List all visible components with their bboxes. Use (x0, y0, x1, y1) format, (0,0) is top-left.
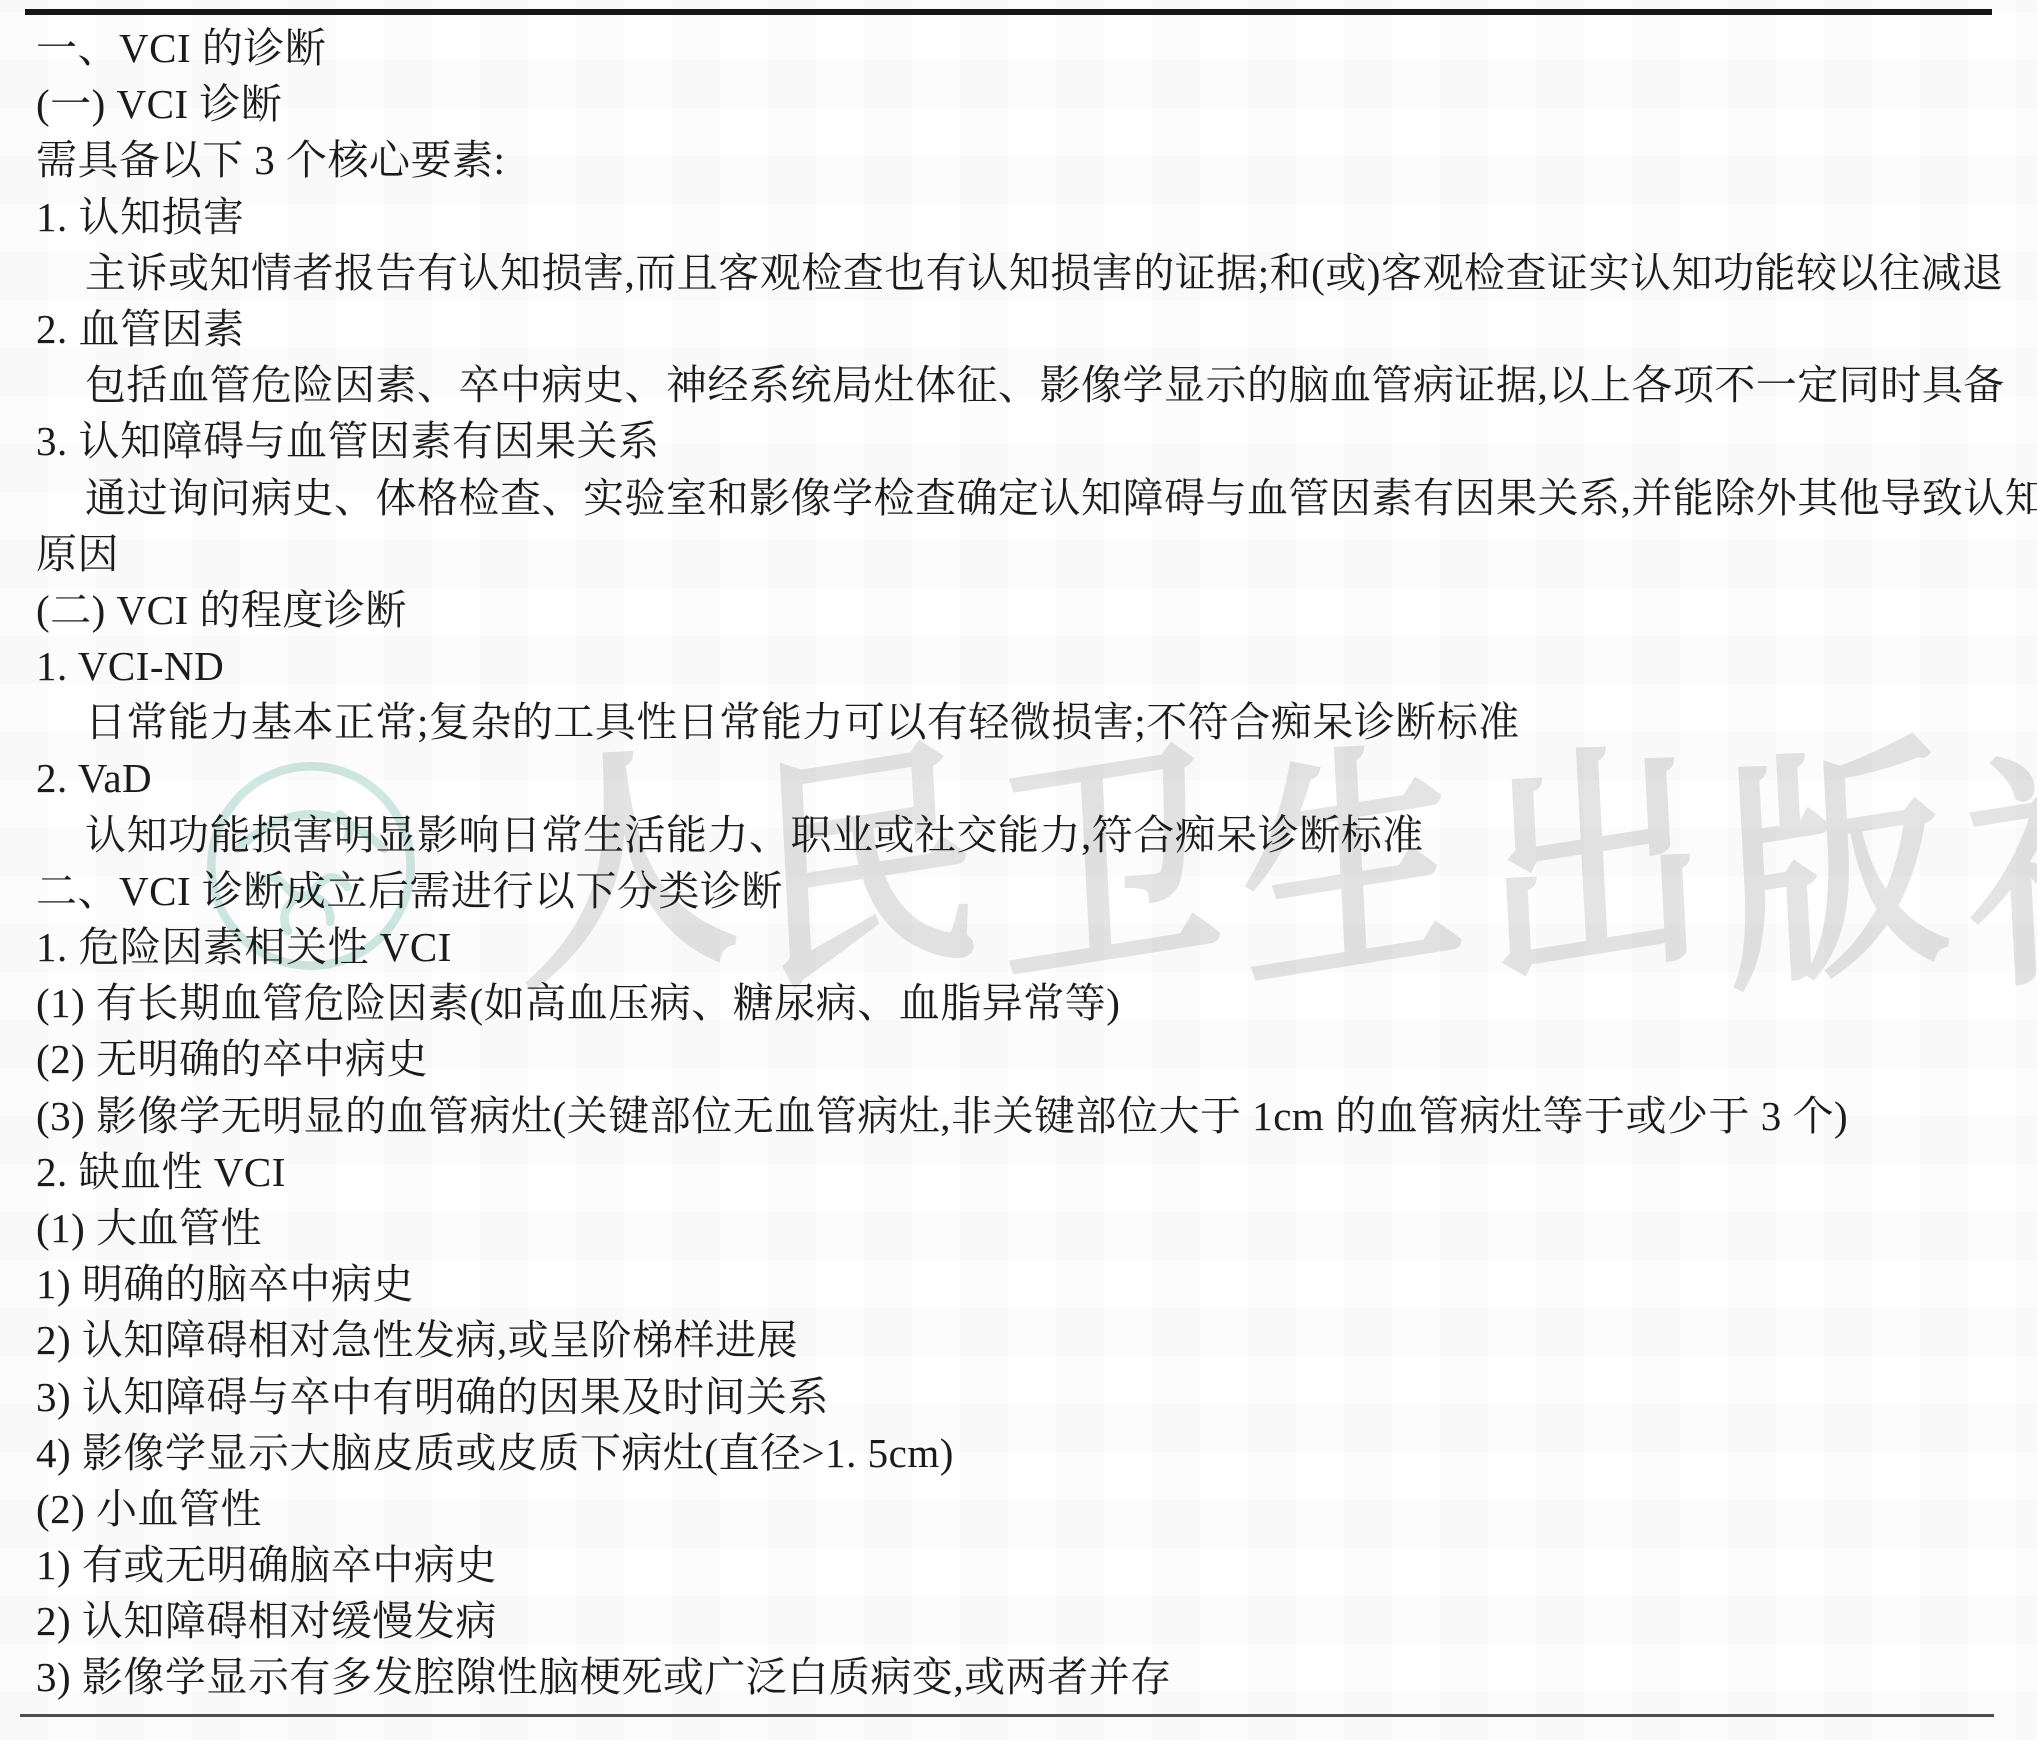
text-line: 二、VCI 诊断成立后需进行以下分类诊断 (36, 863, 1992, 919)
text-line: 1. VCI-ND (36, 638, 1992, 694)
text-line: 2. 血管因素 (36, 301, 1992, 357)
text-line: (1) 大血管性 (36, 1200, 1992, 1256)
text-line: 一、VCI 的诊断 (36, 20, 1992, 76)
bottom-rule (20, 1714, 1994, 1717)
text-line: (2) 无明确的卒中病史 (36, 1031, 1992, 1087)
document-body: 一、VCI 的诊断(一) VCI 诊断需具备以下 3 个核心要素:1. 认知损害… (36, 20, 1992, 1706)
text-line: 2) 认知障碍相对急性发病,或呈阶梯样进展 (36, 1312, 1992, 1368)
text-line: 2) 认知障碍相对缓慢发病 (36, 1593, 1992, 1649)
text-line: 2. 缺血性 VCI (36, 1144, 1992, 1200)
text-line: 需具备以下 3 个核心要素: (36, 132, 1992, 188)
text-line: 1) 有或无明确脑卒中病史 (36, 1537, 1992, 1593)
text-line: 1. 危险因素相关性 VCI (36, 919, 1992, 975)
text-line: (二) VCI 的程度诊断 (36, 582, 1992, 638)
text-line: (3) 影像学无明显的血管病灶(关键部位无血管病灶,非关键部位大于 1cm 的血… (36, 1088, 1992, 1144)
text-line: 包括血管危险因素、卒中病史、神经系统局灶体征、影像学显示的脑血管病证据,以上各项… (36, 357, 1992, 413)
text-line: 3. 认知障碍与血管因素有因果关系 (36, 413, 1992, 469)
text-line: 主诉或知情者报告有认知损害,而且客观检查也有认知损害的证据;和(或)客观检查证实… (36, 245, 1992, 301)
text-line: 日常能力基本正常;复杂的工具性日常能力可以有轻微损害;不符合痴呆诊断标准 (36, 694, 1992, 750)
text-line: (1) 有长期血管危险因素(如高血压病、糖尿病、血脂异常等) (36, 975, 1992, 1031)
text-line: 3) 影像学显示有多发腔隙性脑梗死或广泛白质病变,或两者并存 (36, 1649, 1992, 1705)
text-line: 2. VaD (36, 750, 1992, 806)
text-line: 通过询问病史、体格检查、实验室和影像学检查确定认知障碍与血管因素有因果关系,并能… (36, 470, 1992, 526)
text-line: (2) 小血管性 (36, 1481, 1992, 1537)
text-line: 3) 认知障碍与卒中有明确的因果及时间关系 (36, 1369, 1992, 1425)
text-line: 4) 影像学显示大脑皮质或皮质下病灶(直径>1. 5cm) (36, 1425, 1992, 1481)
text-line: 原因 (36, 526, 1992, 582)
text-line: 1. 认知损害 (36, 189, 1992, 245)
text-line: 1) 明确的脑卒中病史 (36, 1256, 1992, 1312)
document-page: 人民卫生出版社 一、VCI 的诊断(一) VCI 诊断需具备以下 3 个核心要素… (0, 0, 2037, 1740)
top-rule (25, 9, 1992, 15)
text-line: (一) VCI 诊断 (36, 76, 1992, 132)
text-line: 认知功能损害明显影响日常生活能力、职业或社交能力,符合痴呆诊断标准 (36, 807, 1992, 863)
